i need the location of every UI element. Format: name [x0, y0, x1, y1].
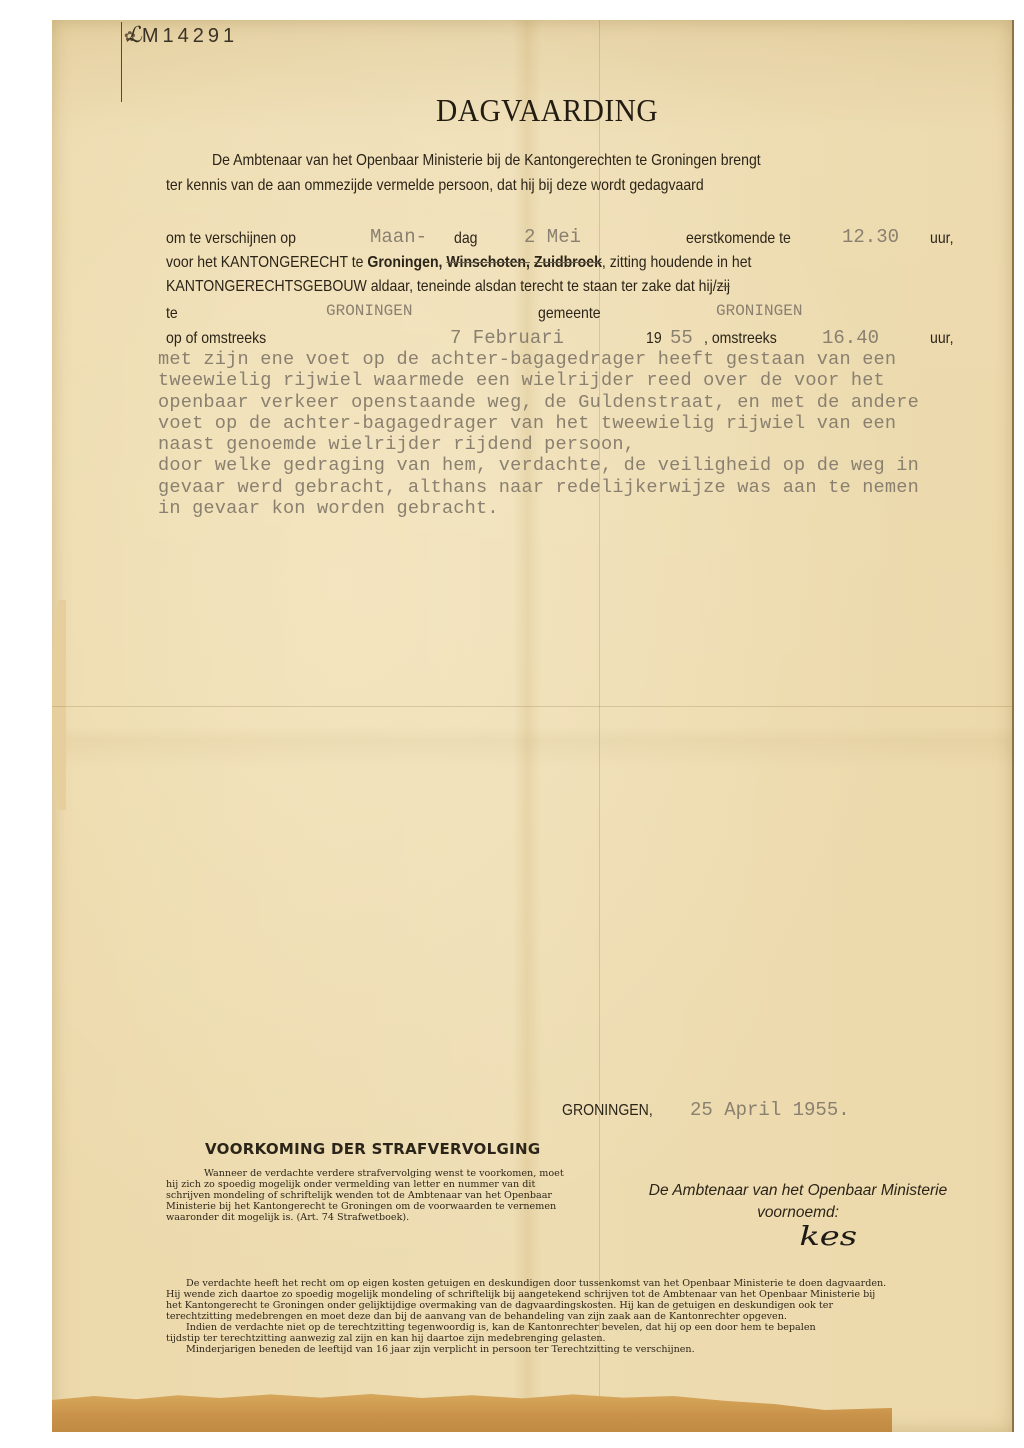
- fold-crease-horizontal: [52, 706, 1012, 707]
- reference-number: ℒM14291: [126, 22, 238, 48]
- charge-line: in gevaar kon worden gebracht.: [158, 498, 919, 519]
- issue-place: GRONINGEN,: [562, 1102, 653, 1120]
- year-prefix: 19: [646, 330, 662, 348]
- offense-time-value: 16.40: [822, 327, 879, 349]
- prevention-line: waaronder dit mogelijk is. (Art. 74 Stra…: [166, 1212, 564, 1223]
- prevention-line: hij zich zo spoedig mogelijk onder verme…: [166, 1179, 564, 1190]
- footer-line: het Kantongerecht te Groningen onder gel…: [166, 1300, 966, 1311]
- charge-line: openbaar verkeer openstaande weg, de Gul…: [158, 392, 919, 413]
- prevention-heading: VOORKOMING DER STRAFVERVOLGING: [205, 1140, 540, 1158]
- prevention-line: Wanneer de verdachte verdere strafvervol…: [166, 1168, 564, 1179]
- about-label: op of omstreeks: [166, 330, 266, 348]
- court-groningen: Groningen,: [367, 254, 442, 271]
- footer-line: tijdstip ter terechtzitting aanwezig zal…: [166, 1333, 966, 1344]
- prevention-line: schrijven mondeling of schriftelijk wend…: [166, 1190, 564, 1201]
- intro-line-2: ter kennis van de aan ommezijde vermelde…: [166, 177, 704, 195]
- official-title: De Ambtenaar van het Openbaar Ministerie: [630, 1180, 966, 1202]
- handwritten-signature: kes: [799, 1222, 857, 1252]
- hour-label: uur,: [930, 230, 953, 248]
- prevention-line: Ministerie bij het Kantongerecht te Gron…: [166, 1201, 564, 1212]
- court-line: voor het KANTONGERECHT te Groningen, Win…: [166, 254, 751, 272]
- charge-line: met zijn ene voet op de achter-bagagedra…: [158, 349, 919, 370]
- charge-line: voet op de achter-bagagedrager van het t…: [158, 413, 919, 434]
- court-suffix: , zitting houdende in het: [602, 254, 752, 271]
- place-label: te: [166, 305, 178, 323]
- prevention-text: Wanneer de verdachte verdere strafvervol…: [166, 1168, 564, 1223]
- court-zuidbroek-struck: Zuidbroek: [534, 254, 602, 271]
- offense-year-value: 55: [670, 327, 693, 349]
- charge-line: tweewielig rijwiel waarmede een wielrijd…: [158, 370, 919, 391]
- official-aforementioned: voornoemd:: [630, 1202, 966, 1224]
- charge-line: gevaar werd gebracht, althans naar redel…: [158, 477, 919, 498]
- footer-line: De verdachte heeft het recht om op eigen…: [166, 1278, 966, 1289]
- building-text: KANTONGERECHTSGEBOUW aldaar, teneinde al…: [166, 278, 717, 295]
- hearing-date-value: 2 Mei: [524, 226, 581, 248]
- document-title: DAGVAARDING: [436, 92, 658, 129]
- footer-line: Indien de verdachte niet op de terechtzi…: [166, 1322, 966, 1333]
- fold-crease-vertical: [599, 20, 600, 1432]
- place-value: GRONINGEN: [326, 302, 412, 320]
- appear-label: om te verschijnen op: [166, 230, 296, 248]
- signature-block: De Ambtenaar van het Openbaar Ministerie…: [630, 1180, 966, 1224]
- charge-text: met zijn ene voet op de achter-bagagedra…: [158, 349, 919, 519]
- about-time-label: , omstreeks: [704, 330, 777, 348]
- charge-line: door welke gedraging van hem, verdachte,…: [158, 455, 919, 476]
- hearing-time-value: 12.30: [842, 226, 899, 248]
- intro-line-1: De Ambtenaar van het Openbaar Ministerie…: [212, 152, 761, 170]
- weekday-value: Maan-: [370, 226, 427, 248]
- footer-text: De verdachte heeft het recht om op eigen…: [166, 1278, 966, 1355]
- footer-line: terechtzitting medebrengen en moet deze …: [166, 1311, 966, 1322]
- charge-line: naast genoemde wielrijder rijdend persoo…: [158, 434, 919, 455]
- upcoming-label: eerstkomende te: [686, 230, 791, 248]
- municipality-value: GRONINGEN: [716, 302, 802, 320]
- weekday-suffix: dag: [454, 230, 477, 248]
- footer-line: Hij wende zich daartoe zo spoedig mogeli…: [166, 1289, 966, 1300]
- offense-date-value: 7 Februari: [450, 327, 564, 349]
- court-prefix: voor het KANTONGERECHT te: [166, 254, 363, 271]
- building-line: KANTONGERECHTSGEBOUW aldaar, teneinde al…: [166, 278, 730, 296]
- municipality-label: gemeente: [538, 305, 601, 323]
- pronoun-zij-struck: zij: [717, 278, 730, 295]
- court-winschoten-struck: Winschoten,: [446, 254, 530, 271]
- issue-date-value: 25 April 1955.: [690, 1099, 850, 1121]
- footer-line: Minderjarigen beneden de leeftijd van 16…: [166, 1344, 966, 1355]
- offense-hour-label: uur,: [930, 330, 953, 348]
- torn-edge: [52, 600, 66, 810]
- margin-line: [121, 22, 122, 102]
